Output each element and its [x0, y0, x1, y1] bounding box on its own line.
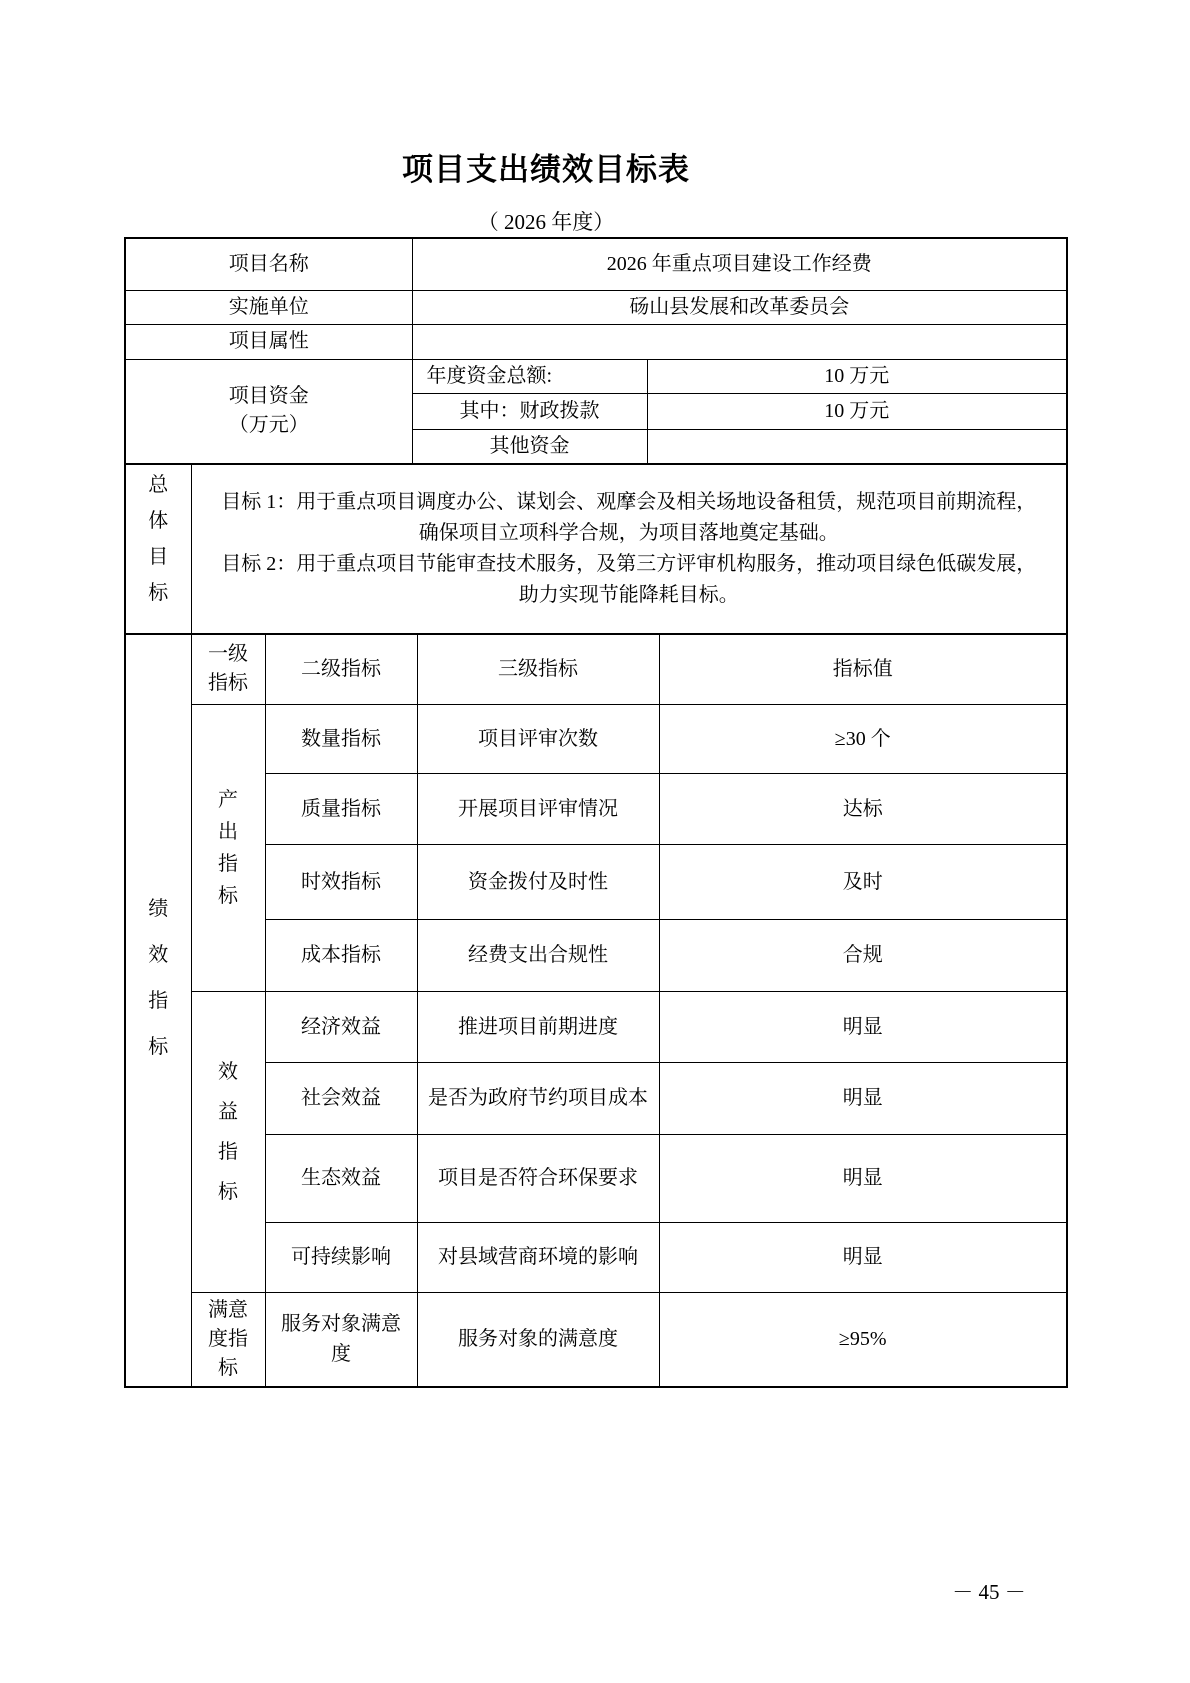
benefit-indicators-label: 效 益 指 标: [191, 992, 265, 1293]
indicator-level3: 资金拨付及时性: [417, 845, 659, 920]
table-row: 可持续影响 对县域营商环境的影响 明显: [125, 1223, 1067, 1293]
goal-line: 目标 2：用于重点项目节能审查技术服务，及第三方评审机构服务，推动项目绿色低碳发…: [202, 549, 1057, 580]
implementing-unit-label: 实施单位: [125, 290, 412, 324]
table-row: 成本指标 经费支出合规性 合规: [125, 920, 1067, 992]
indicator-value: 明显: [659, 1135, 1067, 1223]
indicator-level2: 生态效益: [265, 1135, 417, 1223]
indicator-level2: 质量指标: [265, 774, 417, 845]
table-row: 项目属性: [125, 324, 1067, 359]
implementing-unit-value: 砀山县发展和改革委员会: [412, 290, 1067, 324]
value-header: 指标值: [659, 634, 1067, 705]
page-subtitle: （ 2026 年度）: [124, 206, 1066, 236]
indicator-value: 明显: [659, 1063, 1067, 1135]
table-row: 社会效益 是否为政府节约项目成本 明显: [125, 1063, 1067, 1135]
overall-goals-table: 总 体 目 标 目标 1：用于重点项目调度办公、谋划会、观摩会及相关场地设备租赁…: [124, 463, 1068, 635]
indicators-table: 绩 效 指 标 一级 指标 二级指标 三级指标 指标值 产 出 指 标 数量指标…: [124, 633, 1068, 1388]
indicator-value: ≥30 个: [659, 705, 1067, 774]
indicator-value: 达标: [659, 774, 1067, 845]
indicator-value: 合规: [659, 920, 1067, 992]
indicator-value: 明显: [659, 992, 1067, 1063]
table-row: 质量指标 开展项目评审情况 达标: [125, 774, 1067, 845]
indicator-level2: 数量指标: [265, 705, 417, 774]
indicator-level3: 服务对象的满意度: [417, 1293, 659, 1387]
goal-line: 助力实现节能降耗目标。: [202, 580, 1057, 611]
indicator-level3: 经费支出合规性: [417, 920, 659, 992]
fiscal-allocation-value: 10 万元: [647, 393, 1067, 429]
level1-header: 一级 指标: [191, 634, 265, 705]
indicator-value: 明显: [659, 1223, 1067, 1293]
page-title: 项目支出绩效目标表: [124, 144, 1066, 189]
page-number: － 45 －: [928, 1576, 1050, 1606]
project-name-value: 2026 年重点项目建设工作经费: [412, 238, 1067, 290]
indicator-level2: 社会效益: [265, 1063, 417, 1135]
fiscal-allocation-label: 其中：财政拨款: [412, 393, 647, 429]
table-row: 时效指标 资金拨付及时性 及时: [125, 845, 1067, 920]
indicator-level2: 服务对象满意 度: [265, 1293, 417, 1387]
indicator-level3: 推进项目前期进度: [417, 992, 659, 1063]
performance-target-table: 项目名称 2026 年重点项目建设工作经费 实施单位 砀山县发展和改革委员会 项…: [124, 237, 1066, 1388]
annual-total-value: 10 万元: [647, 359, 1067, 393]
project-funds-label: 项目资金 （万元）: [125, 359, 412, 464]
performance-indicators-label: 绩 效 指 标: [125, 634, 191, 1387]
other-funds-label: 其他资金: [412, 429, 647, 464]
indicator-level3: 对县域营商环境的影响: [417, 1223, 659, 1293]
satisfaction-indicators-label: 满意 度指 标: [191, 1293, 265, 1387]
goal-line: 确保项目立项科学合规，为项目落地奠定基础。: [202, 518, 1057, 549]
indicator-level3: 是否为政府节约项目成本: [417, 1063, 659, 1135]
project-attribute-label: 项目属性: [125, 324, 412, 359]
table-row: 生态效益 项目是否符合环保要求 明显: [125, 1135, 1067, 1223]
indicator-level3: 开展项目评审情况: [417, 774, 659, 845]
basic-info-table: 项目名称 2026 年重点项目建设工作经费 实施单位 砀山县发展和改革委员会 项…: [124, 237, 1068, 465]
goal-line: 目标 1：用于重点项目调度办公、谋划会、观摩会及相关场地设备租赁，规范项目前期流…: [202, 487, 1057, 518]
indicator-level3: 项目评审次数: [417, 705, 659, 774]
level2-header: 二级指标: [265, 634, 417, 705]
indicator-value: ≥95%: [659, 1293, 1067, 1387]
annual-total-label: 年度资金总额:: [412, 359, 647, 393]
indicator-level2: 成本指标: [265, 920, 417, 992]
level3-header: 三级指标: [417, 634, 659, 705]
output-indicators-label: 产 出 指 标: [191, 705, 265, 992]
indicator-level3: 项目是否符合环保要求: [417, 1135, 659, 1223]
table-row: 产 出 指 标 数量指标 项目评审次数 ≥30 个: [125, 705, 1067, 774]
table-row: 效 益 指 标 经济效益 推进项目前期进度 明显: [125, 992, 1067, 1063]
overall-goals-text: 目标 1：用于重点项目调度办公、谋划会、观摩会及相关场地设备租赁，规范项目前期流…: [191, 464, 1067, 634]
indicator-level2: 时效指标: [265, 845, 417, 920]
table-row: 项目资金 （万元） 年度资金总额: 10 万元: [125, 359, 1067, 393]
indicator-header-row: 绩 效 指 标 一级 指标 二级指标 三级指标 指标值: [125, 634, 1067, 705]
overall-goals-label: 总 体 目 标: [125, 464, 191, 634]
indicator-value: 及时: [659, 845, 1067, 920]
other-funds-value: [647, 429, 1067, 464]
table-row: 总 体 目 标 目标 1：用于重点项目调度办公、谋划会、观摩会及相关场地设备租赁…: [125, 464, 1067, 634]
table-row: 实施单位 砀山县发展和改革委员会: [125, 290, 1067, 324]
table-row: 项目名称 2026 年重点项目建设工作经费: [125, 238, 1067, 290]
indicator-level2: 经济效益: [265, 992, 417, 1063]
project-attribute-value: [412, 324, 1067, 359]
table-row: 满意 度指 标 服务对象满意 度 服务对象的满意度 ≥95%: [125, 1293, 1067, 1387]
indicator-level2: 可持续影响: [265, 1223, 417, 1293]
document-page: 项目支出绩效目标表 （ 2026 年度） 项目名称 2026 年重点项目建设工作…: [0, 0, 1190, 1683]
project-name-label: 项目名称: [125, 238, 412, 290]
